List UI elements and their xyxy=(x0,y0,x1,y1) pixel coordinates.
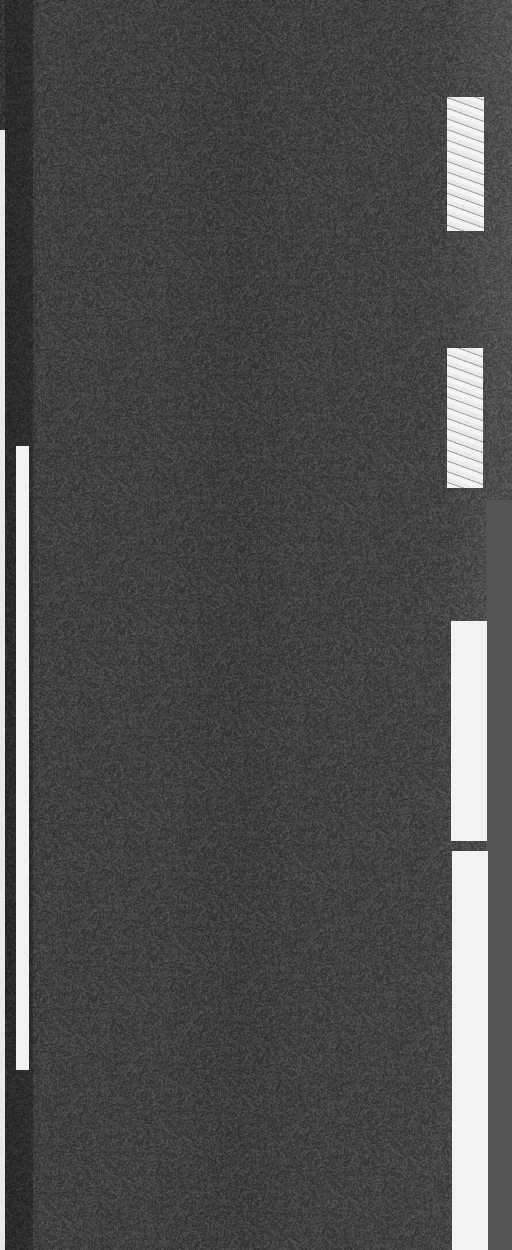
right-shoulder xyxy=(486,500,512,1250)
right-solid-lower xyxy=(452,851,488,1250)
asphalt-texture xyxy=(0,0,512,1250)
right-dash-2 xyxy=(447,348,483,488)
left-lane-line xyxy=(16,446,29,1070)
right-solid-upper xyxy=(451,621,487,841)
road-scene: Asphalt road surface with lane markings xyxy=(0,0,512,1250)
left-edge-line xyxy=(0,130,5,1250)
right-dash-1 xyxy=(447,97,484,231)
